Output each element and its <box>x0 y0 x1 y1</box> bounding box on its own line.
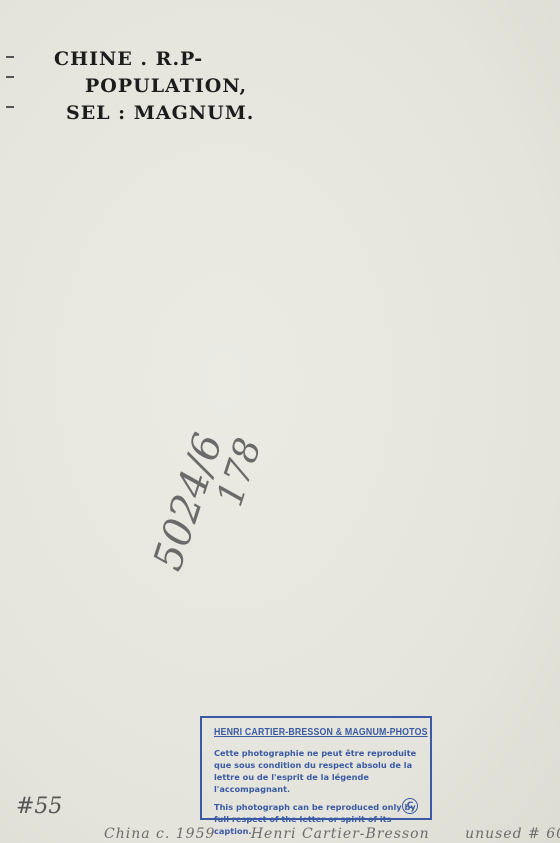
caption-author: Henri Cartier-Bresson <box>251 826 430 842</box>
handwritten-reference: 5024/6 178 <box>145 334 295 587</box>
stamp-line-subject: POPULATION, <box>85 73 254 100</box>
handwritten-caption: China c. 1959 Henri Cartier-Bresson unus… <box>104 826 560 842</box>
stamp-line-selection: SEL : MAGNUM. <box>66 100 254 127</box>
stamp-text-french: Cette photographie ne peut être reprodui… <box>214 747 420 795</box>
copyright-icon: C <box>402 798 418 814</box>
edge-mark <box>6 56 14 58</box>
stamp-title: HENRI CARTIER-BRESSON & MAGNUM-PHOTOS <box>214 727 395 739</box>
stamp-line-country: CHINE . R.P- <box>54 46 254 73</box>
edge-mark <box>6 106 14 108</box>
caption-tail: unused # 6000 <box>465 826 560 842</box>
handwritten-number-tag: #55 <box>16 794 62 819</box>
caption-stamp: CHINE . R.P- POPULATION, SEL : MAGNUM. <box>52 46 254 127</box>
copyright-stamp: HENRI CARTIER-BRESSON & MAGNUM-PHOTOS Ce… <box>200 716 432 820</box>
edge-mark <box>6 76 14 78</box>
caption-place-date: China c. 1959 <box>104 826 215 842</box>
